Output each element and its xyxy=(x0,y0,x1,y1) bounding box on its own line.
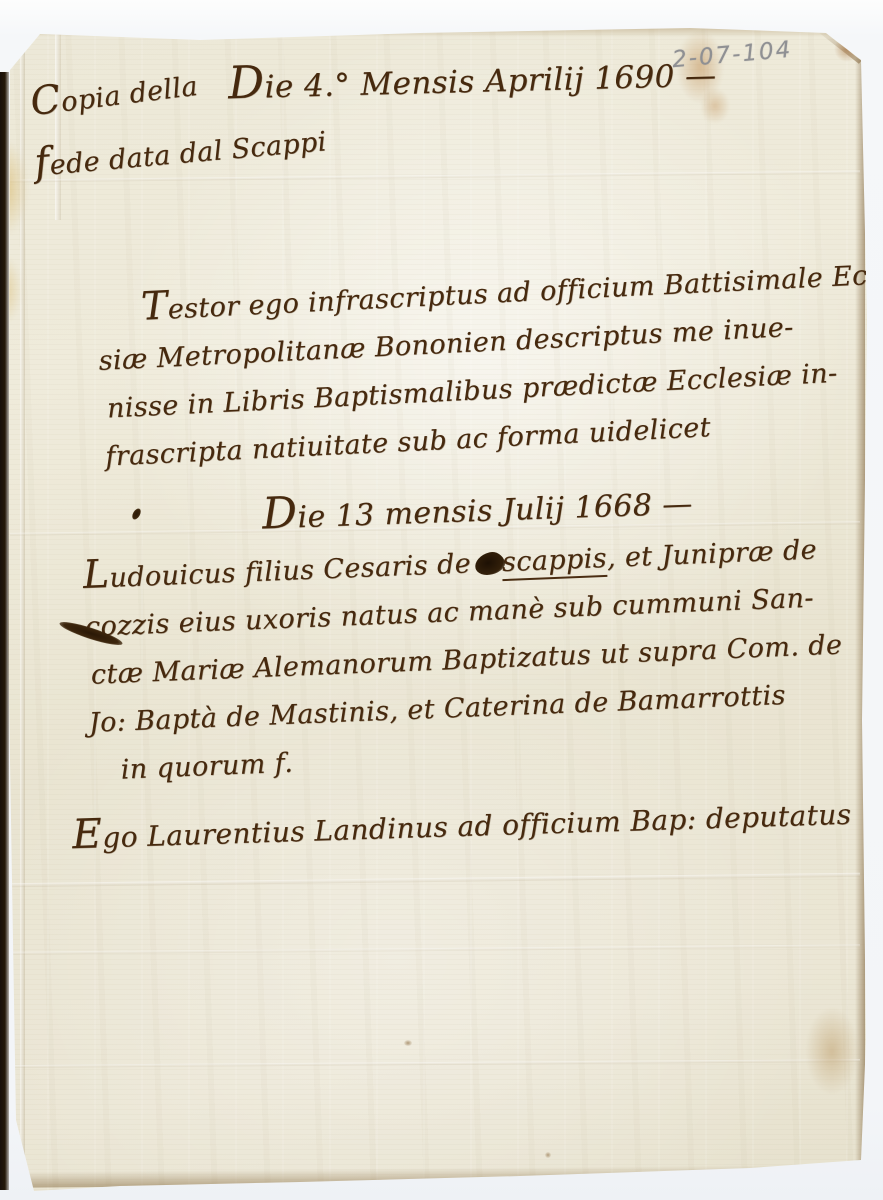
record-line1-post: , et Junipræ de xyxy=(606,535,817,574)
manuscript-paper-sheet: Copia della fede data dal Scappi Die 4.°… xyxy=(0,0,883,1200)
signature-line: Ego Laurentius Landinus ad officium Bap:… xyxy=(71,786,852,858)
rust-spot-top-corner xyxy=(834,36,860,62)
scanned-document-page: Copia della fede data dal Scappi Die 4.°… xyxy=(0,0,883,1200)
corner-cut-shadow xyxy=(820,30,862,64)
heading-date-line: Die 4.° Mensis Aprilij 1690 — xyxy=(227,44,717,110)
horizontal-crease-3 xyxy=(10,873,860,887)
ink-tick-mark xyxy=(130,507,142,521)
margin-note-line2: fede data dal Scappi xyxy=(33,115,329,185)
horizontal-crease-4 xyxy=(10,944,860,954)
left-fold-crease xyxy=(20,40,25,1190)
record-line1-pre: Ludouicus filius Cesaris de xyxy=(82,548,471,595)
baptism-record-paragraph: Ludouicus filius Cesaris descappis, et J… xyxy=(82,521,866,796)
horizontal-crease-5 xyxy=(10,1059,860,1068)
foxing-stain-right-middle xyxy=(806,1008,858,1094)
record-line1-blotted-word: scappis xyxy=(501,543,607,581)
top-left-fold-highlight xyxy=(55,30,61,220)
attestation-paragraph: Testor ego infrascriptus ad officium Bat… xyxy=(95,250,849,482)
small-speck-right xyxy=(545,1152,551,1158)
small-speck-center xyxy=(404,1040,412,1046)
binding-edge-shadow xyxy=(0,72,9,1190)
archival-number-pencil: 2-07-104 xyxy=(671,37,793,73)
margin-note-line1: Copia della xyxy=(28,60,200,125)
paper-bottom-edge-deckle xyxy=(28,1164,862,1187)
paper-top-edge-shadow xyxy=(10,28,855,37)
